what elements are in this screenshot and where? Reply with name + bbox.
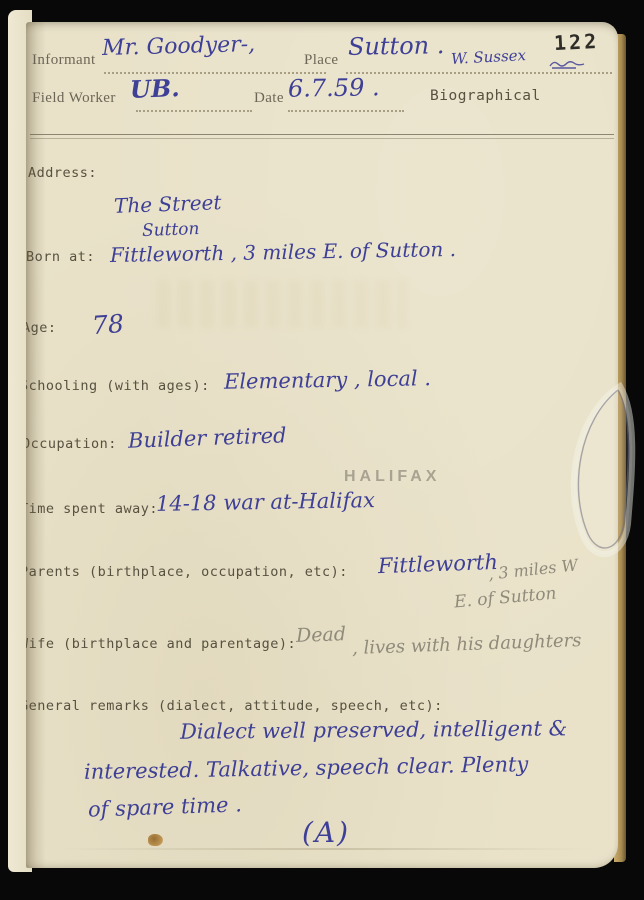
age-value: 78 [91,309,125,340]
address-label: Address: [28,165,97,181]
remarks-line1: Dialect well preserved, intelligent & [180,716,568,743]
header-divider-rule [30,134,614,139]
place-extra-value: W. Sussex [451,46,527,68]
scanned-book-page: { "palette": { "paper": "#e9e2c9", "ink"… [0,0,644,900]
ruled-dots [104,71,326,74]
ruled-dots [288,109,404,112]
place-label: Place [304,52,338,69]
field-worker-value: UB. [130,73,181,104]
footer-circled-mark: (A) [302,816,350,849]
page-number-stamp: 122 [553,29,599,55]
wife-value-2: , lives with his daughters [352,630,582,659]
parents-value-pencil-2: E. of Sutton [453,584,557,613]
born-at-value: Fittleworth , 3 miles E. of Sutton . [110,237,456,267]
address-line1: The Street [114,190,222,218]
parents-value-ink: Fittleworth [378,550,499,578]
wife-value-1: Dead [296,623,347,647]
remarks-line3: of spare time . [88,792,243,821]
place-value: Sutton . [348,31,445,61]
ruled-dots [136,109,252,112]
time-away-label: Time spent away: [26,501,158,517]
date-label: Date [254,90,284,107]
field-worker-label: Field Worker [32,90,116,107]
plastic-loop-fastener [558,378,644,578]
informant-label: Informant [32,52,96,69]
schooling-label: Schooling (with ages): [26,378,210,394]
remarks-line2: interested. Talkative, speech clear. Ple… [84,752,529,784]
occupation-label: Occupation: [26,436,117,452]
informant-value: Mr. Goodyer-, [102,32,256,61]
occupation-value: Builder retired [128,423,287,453]
form-page: Informant Mr. Goodyer-, Place Sutton . W… [26,22,618,868]
ink-scribble-mark [548,58,592,72]
time-away-value: 14-18 war at-Halifax [156,488,375,516]
paper-stain [148,834,163,846]
born-at-label: Born at: [26,249,95,265]
wife-label: Wife (birthplace and parentage): [26,636,296,652]
date-value: 6.7.59 . [288,73,380,103]
general-remarks-label: General remarks (dialect, attitude, spee… [26,698,443,714]
address-line2: Sutton [142,219,200,241]
schooling-value: Elementary , local . [224,366,431,394]
age-label: Age: [26,320,57,336]
doc-type-label: Biographical [430,88,541,104]
parents-label: Parents (birthplace, occupation, etc): [26,564,348,580]
halifax-pencil-note: HALIFAX [344,468,440,486]
faint-watermark [156,280,406,328]
